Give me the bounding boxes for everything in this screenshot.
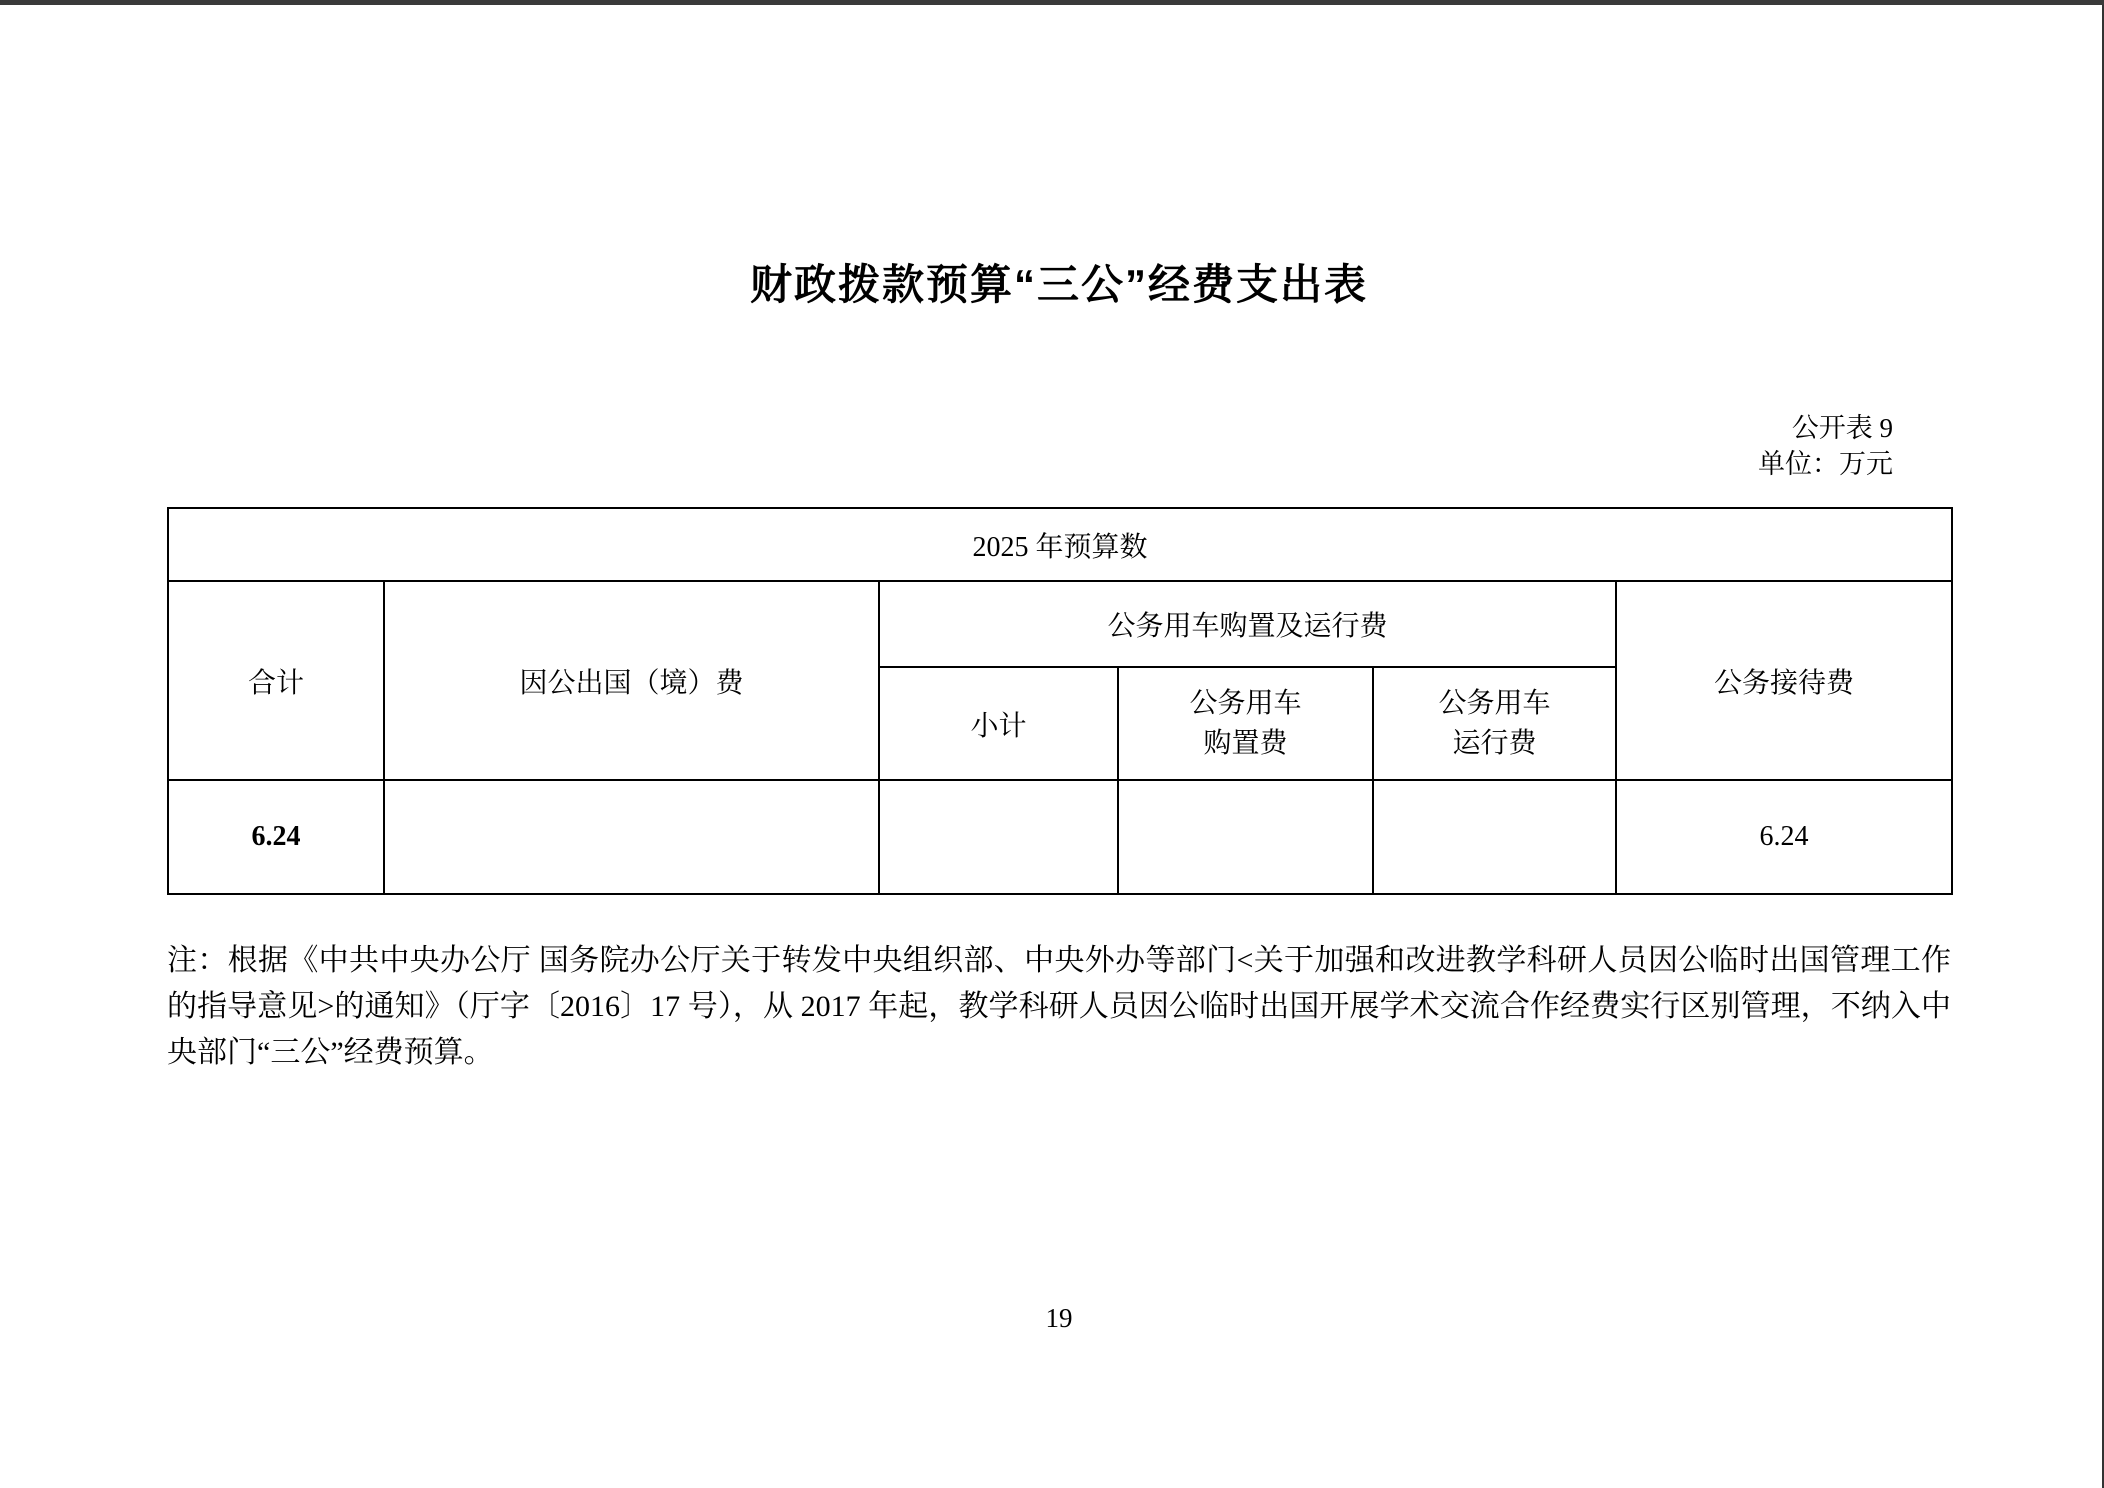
- budget-table-container: 2025 年预算数 合计 因公出国（境）费 公务用车购置及运行费 公务接待费 小…: [167, 507, 1951, 895]
- table-row-year: 2025 年预算数: [168, 508, 1952, 581]
- cell-total-value: 6.24: [168, 780, 384, 894]
- header-reception: 公务接待费: [1616, 581, 1952, 780]
- window-top-edge: [0, 0, 2104, 5]
- header-vehicle-operation: 公务用车 运行费: [1373, 667, 1616, 780]
- cell-vehicle-operation-value: [1373, 780, 1616, 894]
- document-page: 财政拨款预算“三公”经费支出表 公开表 9 单位：万元 2025 年预算数 合计…: [0, 0, 2104, 1488]
- unit-label: 单位：万元: [167, 446, 1893, 482]
- table-meta: 公开表 9 单位：万元: [167, 410, 1951, 482]
- header-vehicle-operation-line2: 运行费: [1374, 724, 1615, 764]
- header-vehicle-group: 公务用车购置及运行费: [879, 581, 1616, 667]
- header-vehicle-purchase: 公务用车 购置费: [1118, 667, 1373, 780]
- footnote: 注：根据《中共中央办公厅 国务院办公厅关于转发中央组织部、中央外办等部门<关于加…: [167, 938, 1951, 1076]
- header-vehicle-operation-line1: 公务用车: [1374, 684, 1615, 724]
- document-title: 财政拨款预算“三公”经费支出表: [167, 252, 1951, 312]
- cell-abroad-value: [384, 780, 879, 894]
- page-number: 19: [167, 1303, 1951, 1334]
- cell-reception-value: 6.24: [1616, 780, 1952, 894]
- header-year: 2025 年预算数: [168, 508, 1952, 581]
- header-vehicle-purchase-line2: 购置费: [1119, 724, 1372, 764]
- table-row-data: 6.24 6.24: [168, 780, 1952, 894]
- cell-vehicle-subtotal-value: [879, 780, 1118, 894]
- table-number-label: 公开表 9: [167, 410, 1893, 446]
- budget-table: 2025 年预算数 合计 因公出国（境）费 公务用车购置及运行费 公务接待费 小…: [167, 507, 1953, 895]
- header-vehicle-purchase-line1: 公务用车: [1119, 684, 1372, 724]
- table-row-group-header: 合计 因公出国（境）费 公务用车购置及运行费 公务接待费: [168, 581, 1952, 667]
- cell-vehicle-purchase-value: [1118, 780, 1373, 894]
- header-total: 合计: [168, 581, 384, 780]
- header-vehicle-subtotal: 小计: [879, 667, 1118, 780]
- header-abroad: 因公出国（境）费: [384, 581, 879, 780]
